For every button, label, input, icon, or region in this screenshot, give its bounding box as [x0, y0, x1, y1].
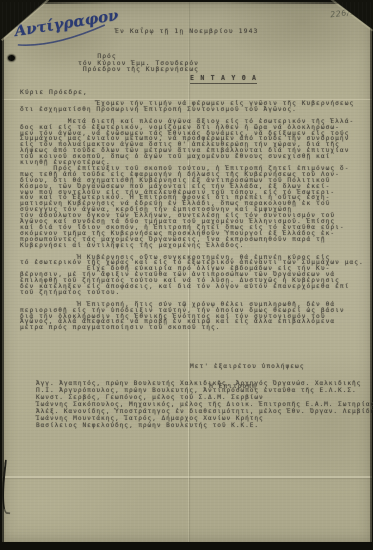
paper-left-edge — [2, 2, 4, 542]
recipient-block: Πρόςτόν Κύριον Ἐμμ. Τσουδερόν Πρόεδρον τ… — [78, 54, 199, 74]
letter-body: Ἔχομεν τήν τιμήν νά φέρωμεν εἰς γνῶσιν τ… — [20, 101, 364, 331]
valediction: Μετ' ἐξαιρέτου ὑπολήψεως — [190, 364, 305, 371]
signature-list: Ἀγγ. Ἀγαπητός, πρώην Βουλευτής Χαλκιδικῆ… — [36, 381, 373, 430]
horizontal-fold-crease — [2, 476, 372, 478]
salutation: Κύριε Πρόεδρε, — [20, 89, 88, 96]
paper-sheet: Ἐν Καΐρῳ τῇ 1ῃ Νοεμβρίου 1943 Πρόςτόν Κύ… — [2, 2, 372, 542]
text-line: Πρόεδρον τῆς Κυβερνήσεως — [78, 67, 199, 74]
text-line: Βασίλειος Νεφελούδης, πρώην Βουλευτής το… — [36, 423, 373, 430]
punch-hole — [8, 55, 15, 61]
text-line: μέτρα πρός πραγματοποίησιν τοῦ σκοποῦ τη… — [20, 325, 364, 331]
document-heading: Ε Ν Τ Α Υ Θ Α — [190, 74, 257, 84]
document-photo: Ἐν Καΐρῳ τῇ 1ῃ Νοεμβρίου 1943 Πρόςτόν Κύ… — [0, 0, 373, 550]
paper-top-edge — [2, 2, 372, 4]
paper-right-edge — [370, 2, 372, 542]
date-line: Ἐν Καΐρῳ τῇ 1ῃ Νοεμβρίου 1943 — [115, 27, 258, 35]
